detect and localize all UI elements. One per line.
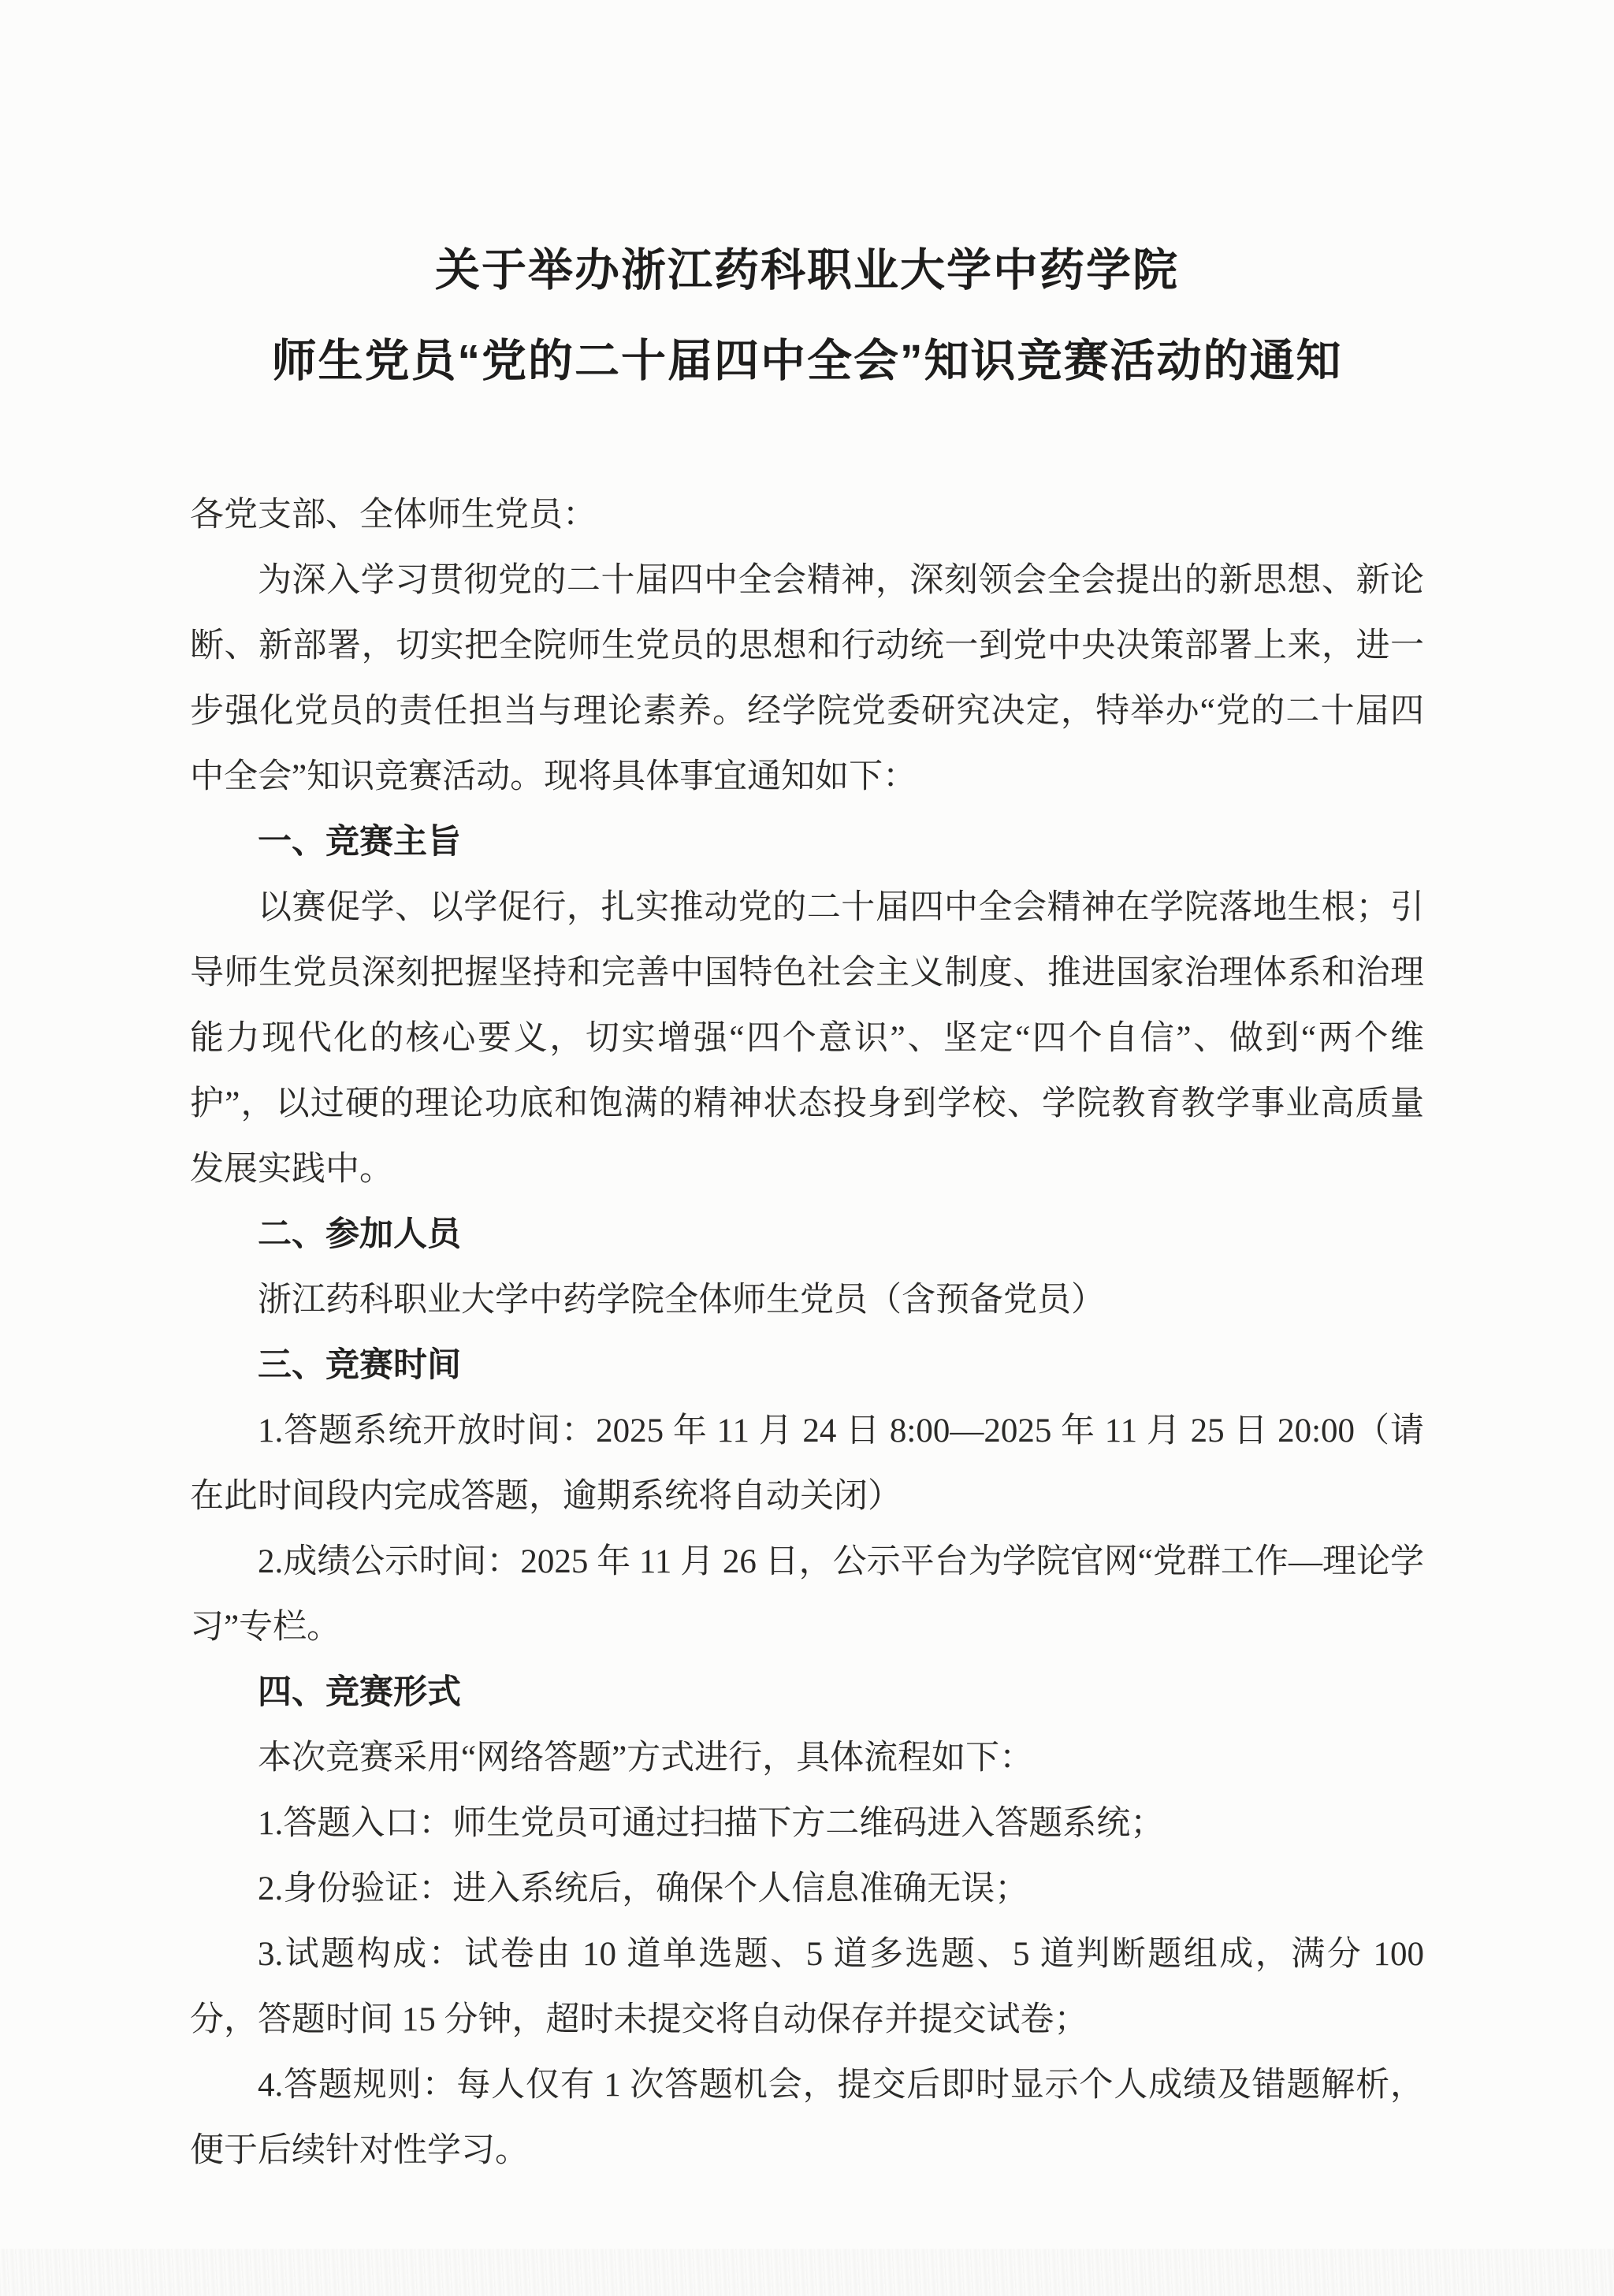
scanned-notice-page: 关于举办浙江药科职业大学中药学院 师生党员“党的二十届四中全会”知识竞赛活动的通… xyxy=(0,0,1614,2296)
section-4-paragraph-2: 1.答题入口：师生党员可通过扫描下方二维码进入答题系统； xyxy=(190,1791,1424,1856)
section-3-paragraph-2: 2.成绩公示时间：2025 年 11 月 26 日，公示平台为学院官网“党群工作… xyxy=(190,1529,1424,1660)
section-4-paragraph-5: 4.答题规则：每人仅有 1 次答题机会，提交后即时显示个人成绩及错题解析，便于后… xyxy=(190,2052,1424,2183)
intro-paragraph: 为深入学习贯彻党的二十届四中全会精神，深刻领会全会提出的新思想、新论断、新部署，… xyxy=(190,548,1424,809)
salutation: 各党支部、全体师生党员： xyxy=(190,482,1424,548)
document-title: 关于举办浙江药科职业大学中药学院 师生党员“党的二十届四中全会”知识竞赛活动的通… xyxy=(0,30,1614,407)
section-1-paragraph-1: 以赛促学、以学促行，扎实推动党的二十届四中全会精神在学院落地生根；引导师生党员深… xyxy=(190,875,1424,1202)
section-3-paragraph-1: 1.答题系统开放时间：2025 年 11 月 24 日 8:00—2025 年 … xyxy=(190,1398,1424,1529)
section-1-heading: 一、竞赛主旨 xyxy=(190,809,1424,875)
document-title-line-2: 师生党员“党的二十届四中全会”知识竞赛活动的通知 xyxy=(0,316,1614,407)
section-4-heading: 四、竞赛形式 xyxy=(190,1660,1424,1725)
section-4-paragraph-1: 本次竞赛采用“网络答题”方式进行，具体流程如下： xyxy=(190,1725,1424,1791)
section-2-heading: 二、参加人员 xyxy=(190,1202,1424,1267)
document-body: 各党支部、全体师生党员： 为深入学习贯彻党的二十届四中全会精神，深刻领会全会提出… xyxy=(190,482,1424,2183)
section-2-paragraph-1: 浙江药科职业大学中药学院全体师生党员（含预备党员） xyxy=(190,1267,1424,1333)
section-4-paragraph-4: 3.试题构成：试卷由 10 道单选题、5 道多选题、5 道判断题组成，满分 10… xyxy=(190,1922,1424,2052)
document-title-line-1: 关于举办浙江药科职业大学中药学院 xyxy=(0,225,1614,316)
section-4-paragraph-3: 2.身份验证：进入系统后，确保个人信息准确无误； xyxy=(190,1856,1424,1922)
section-3-heading: 三、竞赛时间 xyxy=(190,1333,1424,1398)
